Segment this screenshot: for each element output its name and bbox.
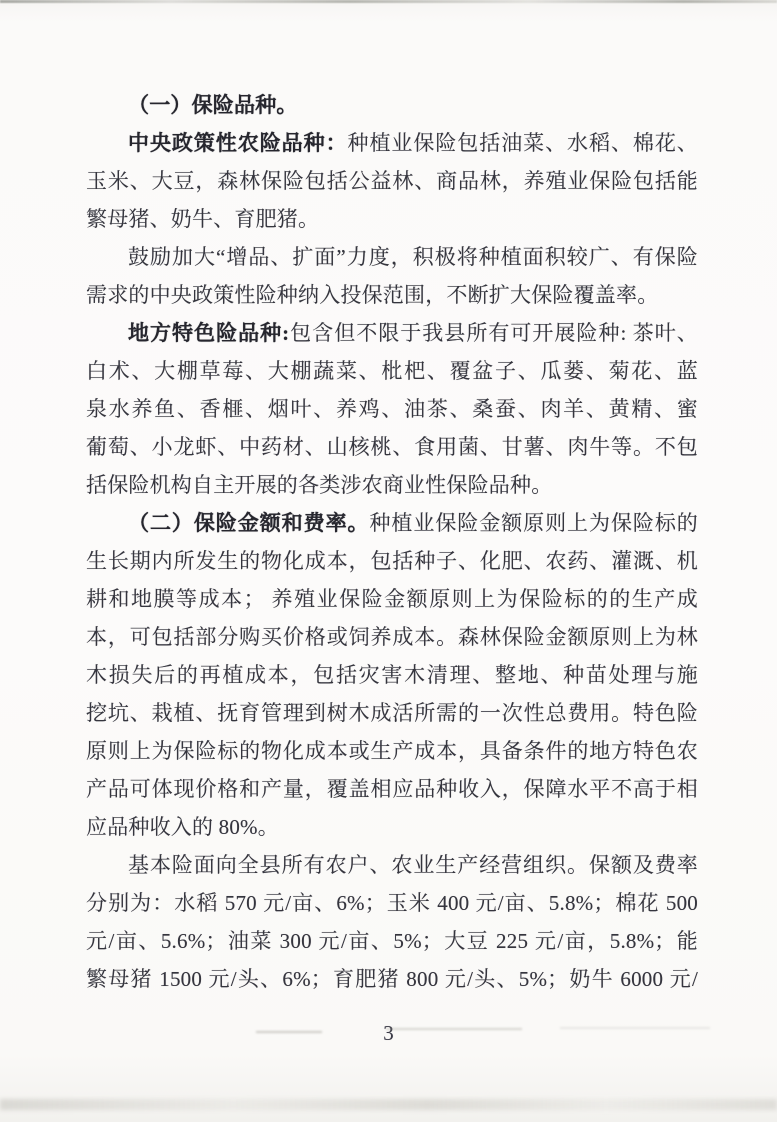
heading-text: （二）保险金额和费率。	[128, 511, 369, 535]
document-line: 挖坑、栽植、抚育管理到树木成活所需的一次性总费用。特色险	[86, 694, 698, 732]
body-text: 包含但不限于我县所有可开展险种: 茶叶、	[289, 321, 698, 345]
document-line: 葡萄、小龙虾、中药材、山核桃、食用菌、甘薯、肉牛等。不包	[86, 428, 698, 466]
scan-artifact-bottom-edge	[0, 1099, 777, 1110]
heading-text: 中央政策性农险品种：	[128, 131, 348, 155]
document-line: 分别为：水稻 570 元/亩、6%；玉米 400 元/亩、5.8%；棉花 500	[86, 884, 698, 922]
body-text: 元/亩、5.6%；油菜 300 元/亩、5%；大豆 225 元/亩，5.8%；能	[86, 929, 698, 953]
body-text: 种植业保险金额原则上为保险标的	[369, 511, 698, 535]
document-line: 生长期内所发生的物化成本，包括种子、化肥、农药、灌溉、机	[86, 542, 698, 580]
document-line: 白术、大棚草莓、大棚蔬菜、枇杷、覆盆子、瓜蒌、菊花、蓝莓、	[86, 352, 698, 390]
document-line: 基本险面向全县所有农户、农业生产经营组织。保额及费率	[86, 846, 698, 884]
document-line: 鼓励加大“增品、扩面”力度，积极将种植面积较广、有保险	[86, 238, 698, 276]
body-text: 本，可包括部分购买价格或饲养成本。森林保险金额原则上为林	[86, 625, 698, 649]
document-body: （一）保险品种。中央政策性农险品种：种植业保险包括油菜、水稻、棉花、玉米、大豆，…	[86, 86, 698, 998]
document-line: 产品可体现价格和产量，覆盖相应品种收入，保障水平不高于相	[86, 770, 698, 808]
document-line: 繁母猪 1500 元/头、6%；育肥猪 800 元/头、5%；奶牛 6000 元…	[86, 960, 698, 998]
body-text: 葡萄、小龙虾、中药材、山核桃、食用菌、甘薯、肉牛等。不包	[86, 435, 698, 459]
document-line: 括保险机构自主开展的各类涉农商业性保险品种。	[86, 466, 698, 504]
heading-text: （一）保险品种。	[128, 93, 298, 117]
document-line: 元/亩、5.6%；油菜 300 元/亩、5%；大豆 225 元/亩，5.8%；能	[86, 922, 698, 960]
document-line: 应品种收入的 80%。	[86, 808, 698, 846]
document-line: 地方特色险品种:包含但不限于我县所有可开展险种: 茶叶、	[86, 314, 698, 352]
body-text: 耕和地膜等成本； 养殖业保险金额原则上为保险标的的生产成	[86, 587, 698, 611]
body-text: 玉米、大豆，森林保险包括公益林、商品林，养殖业保险包括能	[86, 169, 698, 193]
body-text: 原则上为保险标的物化成本或生产成本，具备条件的地方特色农	[86, 739, 698, 763]
document-line: 木损失后的再植成本，包括灾害木清理、整地、种苗处理与施肥、	[86, 656, 698, 694]
body-text: 产品可体现价格和产量，覆盖相应品种收入，保障水平不高于相	[86, 777, 698, 801]
body-text: 繁母猪 1500 元/头、6%；育肥猪 800 元/头、5%；奶牛 6000 元…	[86, 967, 698, 991]
body-text: 鼓励加大“增品、扩面”力度，积极将种植面积较广、有保险	[128, 245, 698, 269]
scan-artifact-streak	[256, 1031, 322, 1033]
scanned-document-page: （一）保险品种。中央政策性农险品种：种植业保险包括油菜、水稻、棉花、玉米、大豆，…	[0, 0, 777, 1122]
scan-artifact-top-edge	[0, 0, 777, 3]
document-line: 泉水养鱼、香榧、烟叶、养鸡、油茶、桑蚕、肉羊、黄精、蜜蜂、	[86, 390, 698, 428]
body-text: 括保险机构自主开展的各类涉农商业性保险品种。	[86, 473, 552, 497]
heading-text: 地方特色险品种:	[128, 321, 289, 345]
body-text: 分别为：水稻 570 元/亩、6%；玉米 400 元/亩、5.8%；棉花 500	[86, 891, 698, 915]
document-line: 繁母猪、奶牛、育肥猪。	[86, 200, 698, 238]
body-text: 白术、大棚草莓、大棚蔬菜、枇杷、覆盆子、瓜蒌、菊花、蓝莓、	[86, 359, 698, 390]
document-line: （一）保险品种。	[86, 86, 698, 124]
document-line: （二）保险金额和费率。种植业保险金额原则上为保险标的	[86, 504, 698, 542]
scan-artifact-streak	[560, 1027, 710, 1029]
body-text: 需求的中央政策性险种纳入投保范围，不断扩大保险覆盖率。	[86, 283, 658, 307]
body-text: 木损失后的再植成本，包括灾害木清理、整地、种苗处理与施肥、	[86, 663, 698, 694]
body-text: 繁母猪、奶牛、育肥猪。	[86, 207, 319, 231]
body-text: 泉水养鱼、香榧、烟叶、养鸡、油茶、桑蚕、肉羊、黄精、蜜蜂、	[86, 397, 698, 428]
page-number: 3	[0, 1014, 777, 1052]
body-text: 种植业保险包括油菜、水稻、棉花、	[348, 131, 698, 155]
body-text: 生长期内所发生的物化成本，包括种子、化肥、农药、灌溉、机	[86, 549, 698, 573]
document-line: 玉米、大豆，森林保险包括公益林、商品林，养殖业保险包括能	[86, 162, 698, 200]
body-text: 基本险面向全县所有农户、农业生产经营组织。保额及费率	[128, 853, 698, 877]
body-text: 应品种收入的 80%。	[86, 815, 279, 839]
scan-artifact-streak	[386, 1028, 522, 1030]
document-line: 原则上为保险标的物化成本或生产成本，具备条件的地方特色农	[86, 732, 698, 770]
document-line: 耕和地膜等成本； 养殖业保险金额原则上为保险标的的生产成	[86, 580, 698, 618]
document-line: 本，可包括部分购买价格或饲养成本。森林保险金额原则上为林	[86, 618, 698, 656]
document-line: 需求的中央政策性险种纳入投保范围，不断扩大保险覆盖率。	[86, 276, 698, 314]
body-text: 挖坑、栽植、抚育管理到树木成活所需的一次性总费用。特色险	[86, 701, 698, 725]
document-line: 中央政策性农险品种：种植业保险包括油菜、水稻、棉花、	[86, 124, 698, 162]
